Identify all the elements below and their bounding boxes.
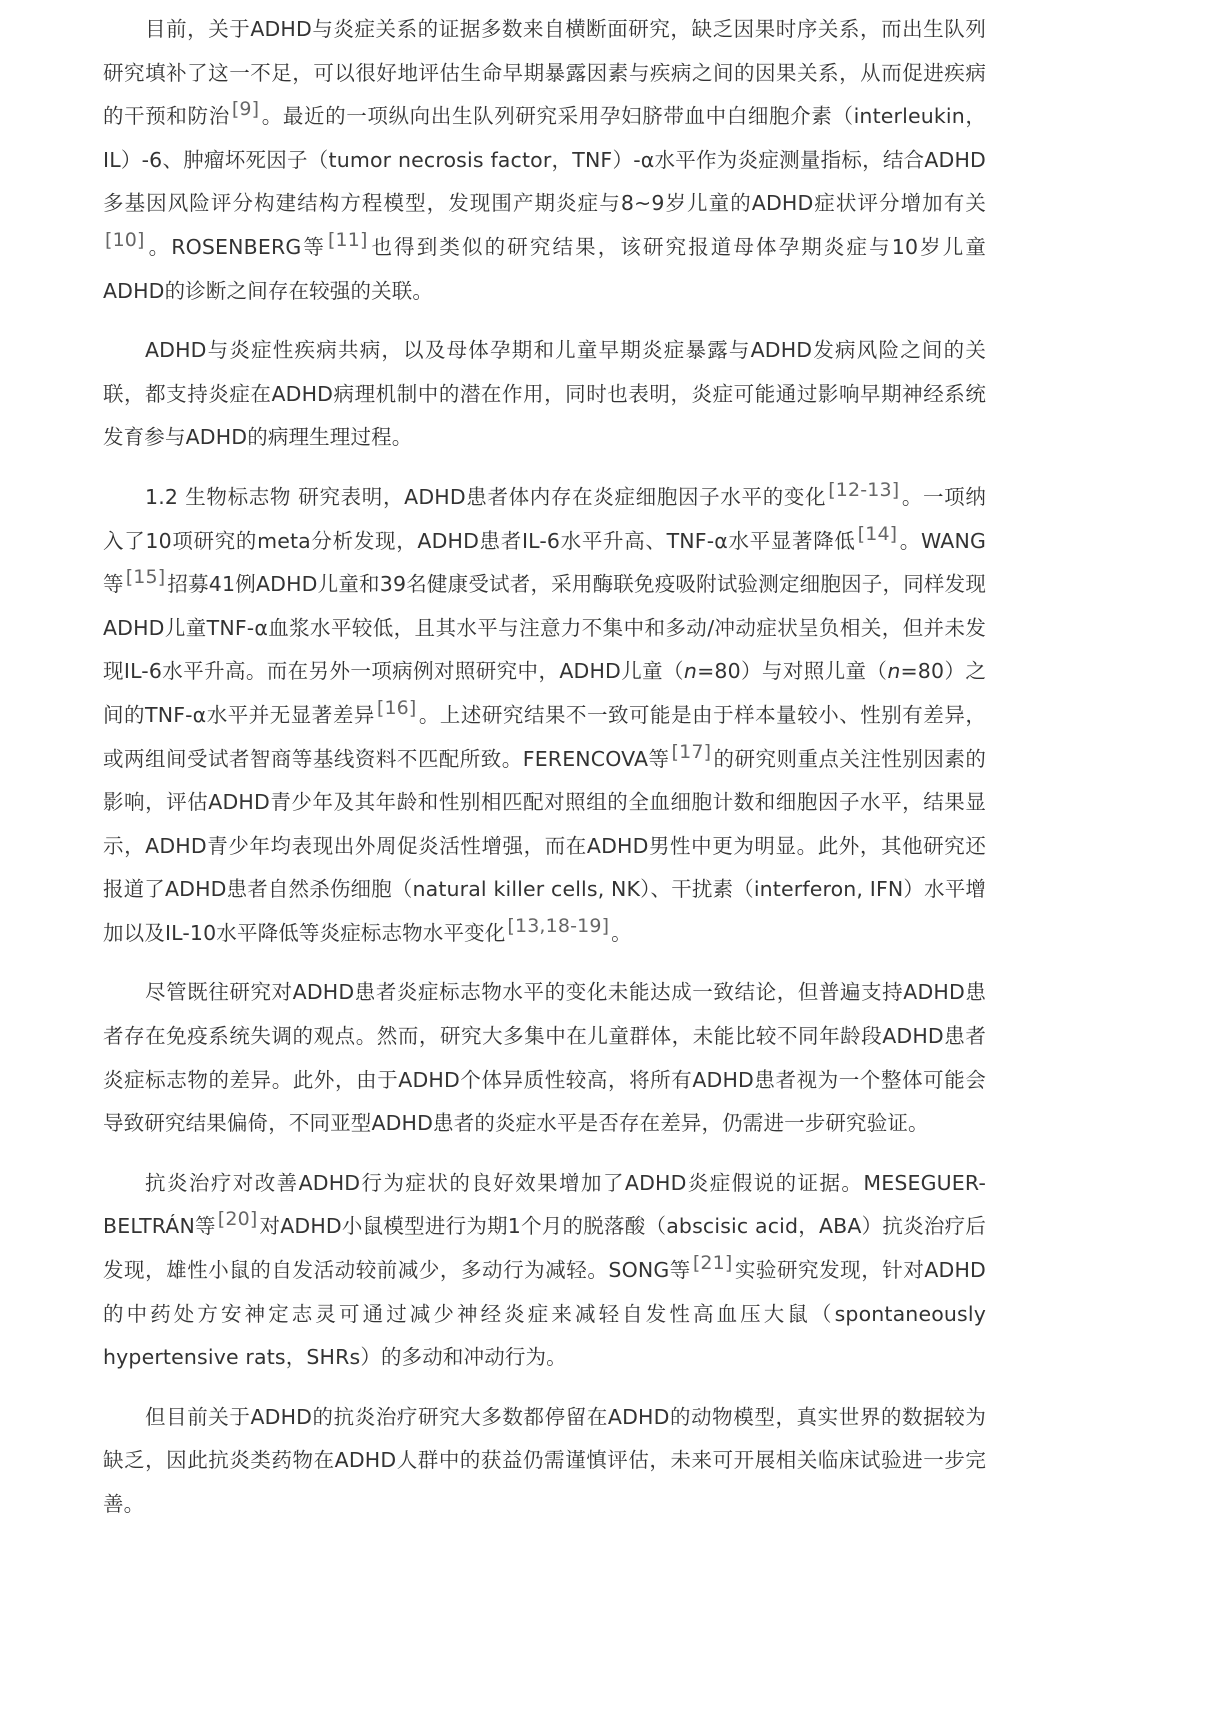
text-run: 。最近的一项纵向出生队列研究采用孕妇脐带血中白细胞介素（interleukin，… <box>103 104 986 215</box>
text-run: 。 <box>611 921 632 945</box>
citation-link[interactable]: [15] <box>124 566 168 588</box>
paragraph-conclusion: 但目前关于ADHD的抗炎治疗研究大多数都停留在ADHD的动物模型，真实世界的数据… <box>103 1396 986 1527</box>
citation-link[interactable]: [11] <box>326 229 370 251</box>
citation-link[interactable]: [10] <box>103 229 147 251</box>
citation-link[interactable]: [21] <box>691 1252 735 1274</box>
paragraph-biomarkers: 1.2 生物标志物 研究表明，ADHD患者体内存在炎症细胞因子水平的变化[12-… <box>103 476 986 956</box>
citation-link[interactable]: [20] <box>216 1208 260 1230</box>
text-run: =80）与对照儿童（ <box>697 659 887 683</box>
citation-link[interactable]: [9] <box>230 98 261 120</box>
text-run: 但目前关于ADHD的抗炎治疗研究大多数都停留在ADHD的动物模型，真实世界的数据… <box>103 1405 986 1516</box>
text-run: 。ROSENBERG等 <box>147 235 326 259</box>
citation-link[interactable]: [17] <box>670 741 714 763</box>
paragraph-birth-cohort-evidence: 目前，关于ADHD与炎症关系的证据多数来自横断面研究，缺乏因果时序关系，而出生队… <box>103 8 986 313</box>
article-body: 目前，关于ADHD与炎症关系的证据多数来自横断面研究，缺乏因果时序关系，而出生队… <box>103 8 986 1543</box>
text-run: 尽管既往研究对ADHD患者炎症标志物水平的变化未能达成一致结论，但普遍支持ADH… <box>103 980 986 1135</box>
citation-link[interactable]: [13,18-19] <box>505 915 611 937</box>
citation-link[interactable]: [14] <box>856 523 900 545</box>
paragraph-anti-inflammatory-treatment: 抗炎治疗对改善ADHD行为症状的良好效果增加了ADHD炎症假说的证据。MESEG… <box>103 1162 986 1380</box>
text-run: 1.2 生物标志物 研究表明，ADHD患者体内存在炎症细胞因子水平的变化 <box>145 485 826 509</box>
paragraph-immune-dysregulation: 尽管既往研究对ADHD患者炎症标志物水平的变化未能达成一致结论，但普遍支持ADH… <box>103 971 986 1145</box>
italic-variable: n <box>887 659 900 683</box>
italic-variable: n <box>684 659 697 683</box>
citation-link[interactable]: [16] <box>375 697 419 719</box>
paragraph-comorbidity-summary: ADHD与炎症性疾病共病，以及母体孕期和儿童早期炎症暴露与ADHD发病风险之间的… <box>103 329 986 460</box>
citation-link[interactable]: [12-13] <box>826 479 901 501</box>
text-run: ADHD与炎症性疾病共病，以及母体孕期和儿童早期炎症暴露与ADHD发病风险之间的… <box>103 338 986 449</box>
